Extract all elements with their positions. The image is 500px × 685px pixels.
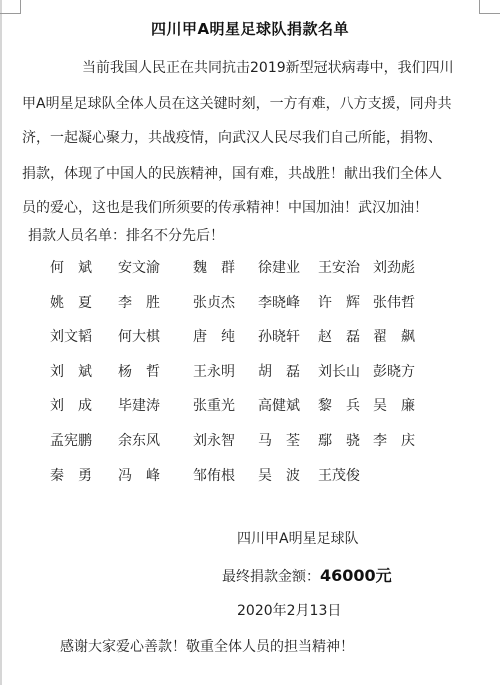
donor-name: 刘 成 [50,395,92,415]
donor-name: 吴 波 [258,465,300,485]
donor-name: 李晓峰 [258,292,300,312]
donor-name: 彭晓方 [373,361,415,381]
donor-name: 赵 磊 [318,326,360,346]
thanks-line: 感谢大家爱心善款！敬重全体人员的担当精神！ [60,636,500,656]
signature-date: 2020年2月13日 [237,600,500,620]
paragraph-line: 员的爱心，这也是我们所须要的传承精神！中国加油！武汉加油！ [22,199,482,217]
donor-name: 孙晓轩 [258,326,300,346]
donor-name: 翟 飙 [373,326,415,346]
donor-name: 毕建涛 [118,395,160,415]
signature-team: 四川甲A明星足球队 [237,528,500,548]
donor-name: 冯 峰 [118,465,160,485]
donor-name: 王永明 [193,361,235,381]
donor-name: 何大棋 [118,326,160,346]
donor-name: 张伟哲 [373,292,415,312]
donor-name: 李 胜 [118,292,160,312]
donor-name: 李 庆 [373,430,415,450]
donor-name: 鄢 骁 [318,430,360,450]
donor-name: 刘 斌 [50,361,92,381]
donor-name: 刘永智 [193,430,235,450]
donor-name: 黎 兵 [318,395,360,415]
donor-name: 魏 群 [193,257,235,277]
donor-name: 唐 纯 [193,326,235,346]
amount-label: 最终捐款金额： [222,569,320,585]
signature-amount: 最终捐款金额：46000元 [222,563,500,586]
page-corner-marker-top-left [0,0,21,14]
paragraph-line: 济，一起凝心聚力，共战疫情，向武汉人民尽我们自己所能，捐物、 [22,129,482,147]
paragraph-line: 甲A明星足球队全体人员在这关键时刻，一方有难，八方支援，同舟共 [22,95,482,113]
paragraph-line: 当前我国人民正在共同抗击2019新型冠状病毒中，我们四川 [82,59,500,77]
amount-value: 46000元 [320,566,392,585]
paragraph-line: 捐款，体现了中国人的民族精神，国有难，共战胜！献出我们全体人 [22,165,482,183]
donor-name: 王安治 [318,257,360,277]
donor-name: 安文渝 [118,257,160,277]
donor-name: 胡 磊 [258,361,300,381]
donor-name: 许 辉 [318,292,360,312]
donor-name: 姚 夏 [50,292,92,312]
donor-name: 王茂俊 [318,465,360,485]
donor-name: 刘文韬 [50,326,92,346]
donor-name: 吴 廉 [373,395,415,415]
donor-name: 刘长山 [318,361,360,381]
names-intro: 捐款人员名单：排名不分先后！ [28,225,224,245]
donor-name: 杨 哲 [118,361,160,381]
donor-name: 余东风 [118,430,160,450]
page-corner-marker-top-right [479,0,500,14]
donor-name: 刘劲彪 [373,257,415,277]
page-left-edge [0,0,2,685]
donor-name: 邹侑根 [193,465,235,485]
donor-name: 秦 勇 [50,465,92,485]
donor-name: 徐建业 [258,257,300,277]
donor-name: 孟宪鹏 [50,430,92,450]
donor-name: 马 荃 [258,430,300,450]
donor-name: 张重光 [193,395,235,415]
donor-name: 高健斌 [258,395,300,415]
document-title: 四川甲A明星足球队捐款名单 [0,18,500,39]
donor-name: 何 斌 [50,257,92,277]
donor-name: 张贞杰 [193,292,235,312]
